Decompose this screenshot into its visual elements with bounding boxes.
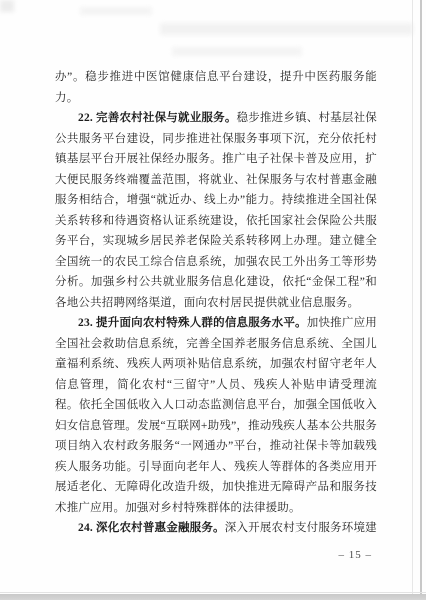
document-page: 办”。稳步推进中医馆健康信息平台建设，提升中医药服务能力。 22. 完善农村社保…	[0, 0, 426, 600]
paragraph-22-heading: 22. 完善农村社保与就业服务。	[78, 112, 237, 124]
paragraph-23-heading: 23. 提升面向农村特殊人群的信息服务水平。	[78, 317, 307, 329]
scan-edge-bottom	[0, 594, 426, 600]
paragraph-continuation: 办”。稳步推进中医馆健康信息平台建设，提升中医药服务能力。	[55, 67, 377, 108]
scan-edge-bottom-light	[0, 592, 426, 593]
scan-edge-right	[420, 0, 422, 600]
paragraph-24-body: 深入开展农村支付服务环境建	[225, 522, 377, 534]
scan-smudge-artifact	[0, 0, 14, 12]
paragraph-24: 24. 深化农村普惠金融服务。深入开展农村支付服务环境建	[55, 518, 377, 539]
paragraph-23: 23. 提升面向农村特殊人群的信息服务水平。加快推广应用全国社会救助信息系统，完…	[55, 313, 377, 518]
scan-edge-right-light	[412, 0, 413, 600]
paragraph-23-body: 加快推广应用全国社会救助信息系统，完善全国养老服务信息系统、全国儿童福利系统、残…	[55, 317, 377, 514]
bleed-through-artifact	[80, 7, 152, 15]
bleed-through-artifact	[172, 47, 302, 56]
paragraph-22-body: 稳步推进乡镇、村基层社保公共服务平台建设，同步推进社保服务事项下沉，充分依托村镇…	[55, 112, 377, 309]
paragraph-24-heading: 24. 深化农村普惠金融服务。	[78, 522, 225, 534]
page-content: 办”。稳步推进中医馆健康信息平台建设，提升中医药服务能力。 22. 完善农村社保…	[55, 67, 377, 539]
paragraph-22: 22. 完善农村社保与就业服务。稳步推进乡镇、村基层社保公共服务平台建设，同步推…	[55, 108, 377, 313]
bleed-through-artifact	[160, 23, 413, 35]
page-number: – 15 –	[339, 549, 373, 561]
